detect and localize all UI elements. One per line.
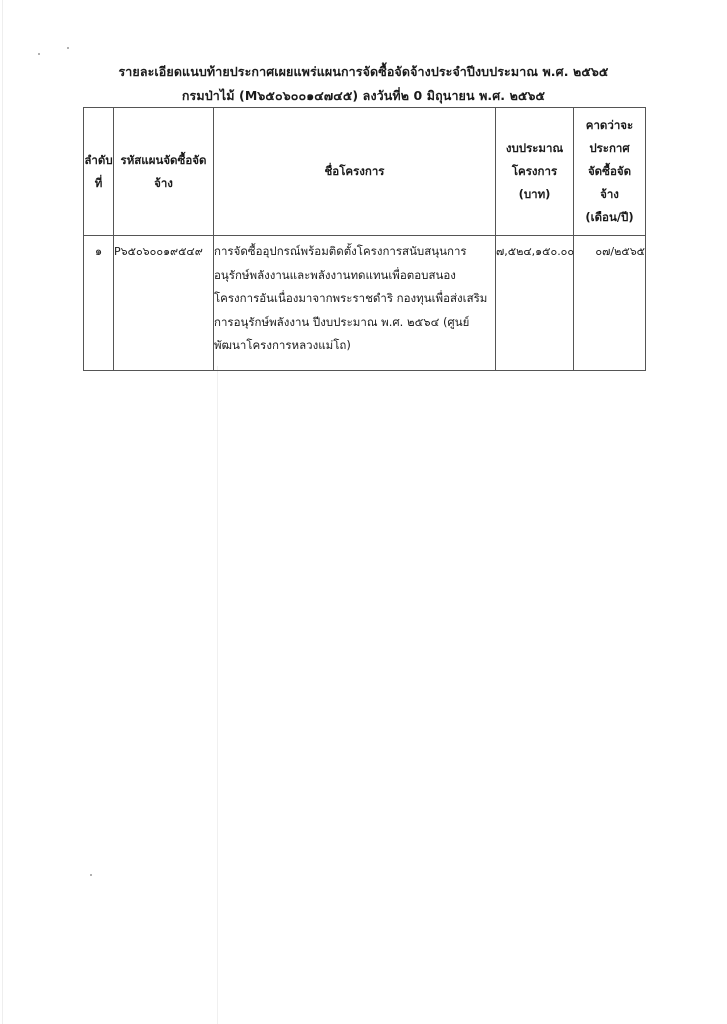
document-page: รายละเอียดแนบท้ายประกาศเผยแพร่แผนการจัดซ…	[0, 0, 727, 1024]
cell-expected-announce: ๐๗/๒๕๖๕	[574, 236, 646, 371]
document-title: รายละเอียดแนบท้ายประกาศเผยแพร่แผนการจัดซ…	[0, 62, 727, 82]
cell-plan-code: P๖๕๐๖๐๐๑๙๕๔๙	[114, 236, 214, 371]
document-subtitle: กรมป่าไม้ (M๖๕๐๖๐๐๑๔๗๔๕) ลงวันที่๒ 0 มิถ…	[0, 86, 727, 106]
cell-budget: ๗,๕๒๔,๑๕๐.๐๐	[496, 236, 574, 371]
header-plan-code: รหัสแผนจัดซื้อจัด จ้าง	[114, 108, 214, 236]
scan-artifact-line	[217, 366, 218, 1024]
scan-speck	[90, 874, 92, 876]
procurement-plan-table: ลำดับ ที่ รหัสแผนจัดซื้อจัด จ้าง ชื่อโคร…	[83, 107, 646, 371]
scan-speck	[38, 53, 40, 55]
cell-seq: ๑	[84, 236, 114, 371]
scan-speck	[67, 47, 69, 49]
scan-edge	[2, 0, 3, 1024]
cell-project-name: การจัดซื้ออุปกรณ์พร้อมติดตั้งโครงการสนับ…	[214, 236, 496, 371]
table-row: ๑ P๖๕๐๖๐๐๑๙๕๔๙ การจัดซื้ออุปกรณ์พร้อมติด…	[84, 236, 646, 371]
table-header-row: ลำดับ ที่ รหัสแผนจัดซื้อจัด จ้าง ชื่อโคร…	[84, 108, 646, 236]
header-seq: ลำดับ ที่	[84, 108, 114, 236]
header-expected-announce: คาดว่าจะ ประกาศ จัดซื้อจัด จ้าง (เดือน/ป…	[574, 108, 646, 236]
header-budget: งบประมาณ โครงการ (บาท)	[496, 108, 574, 236]
header-project-name: ชื่อโครงการ	[214, 108, 496, 236]
